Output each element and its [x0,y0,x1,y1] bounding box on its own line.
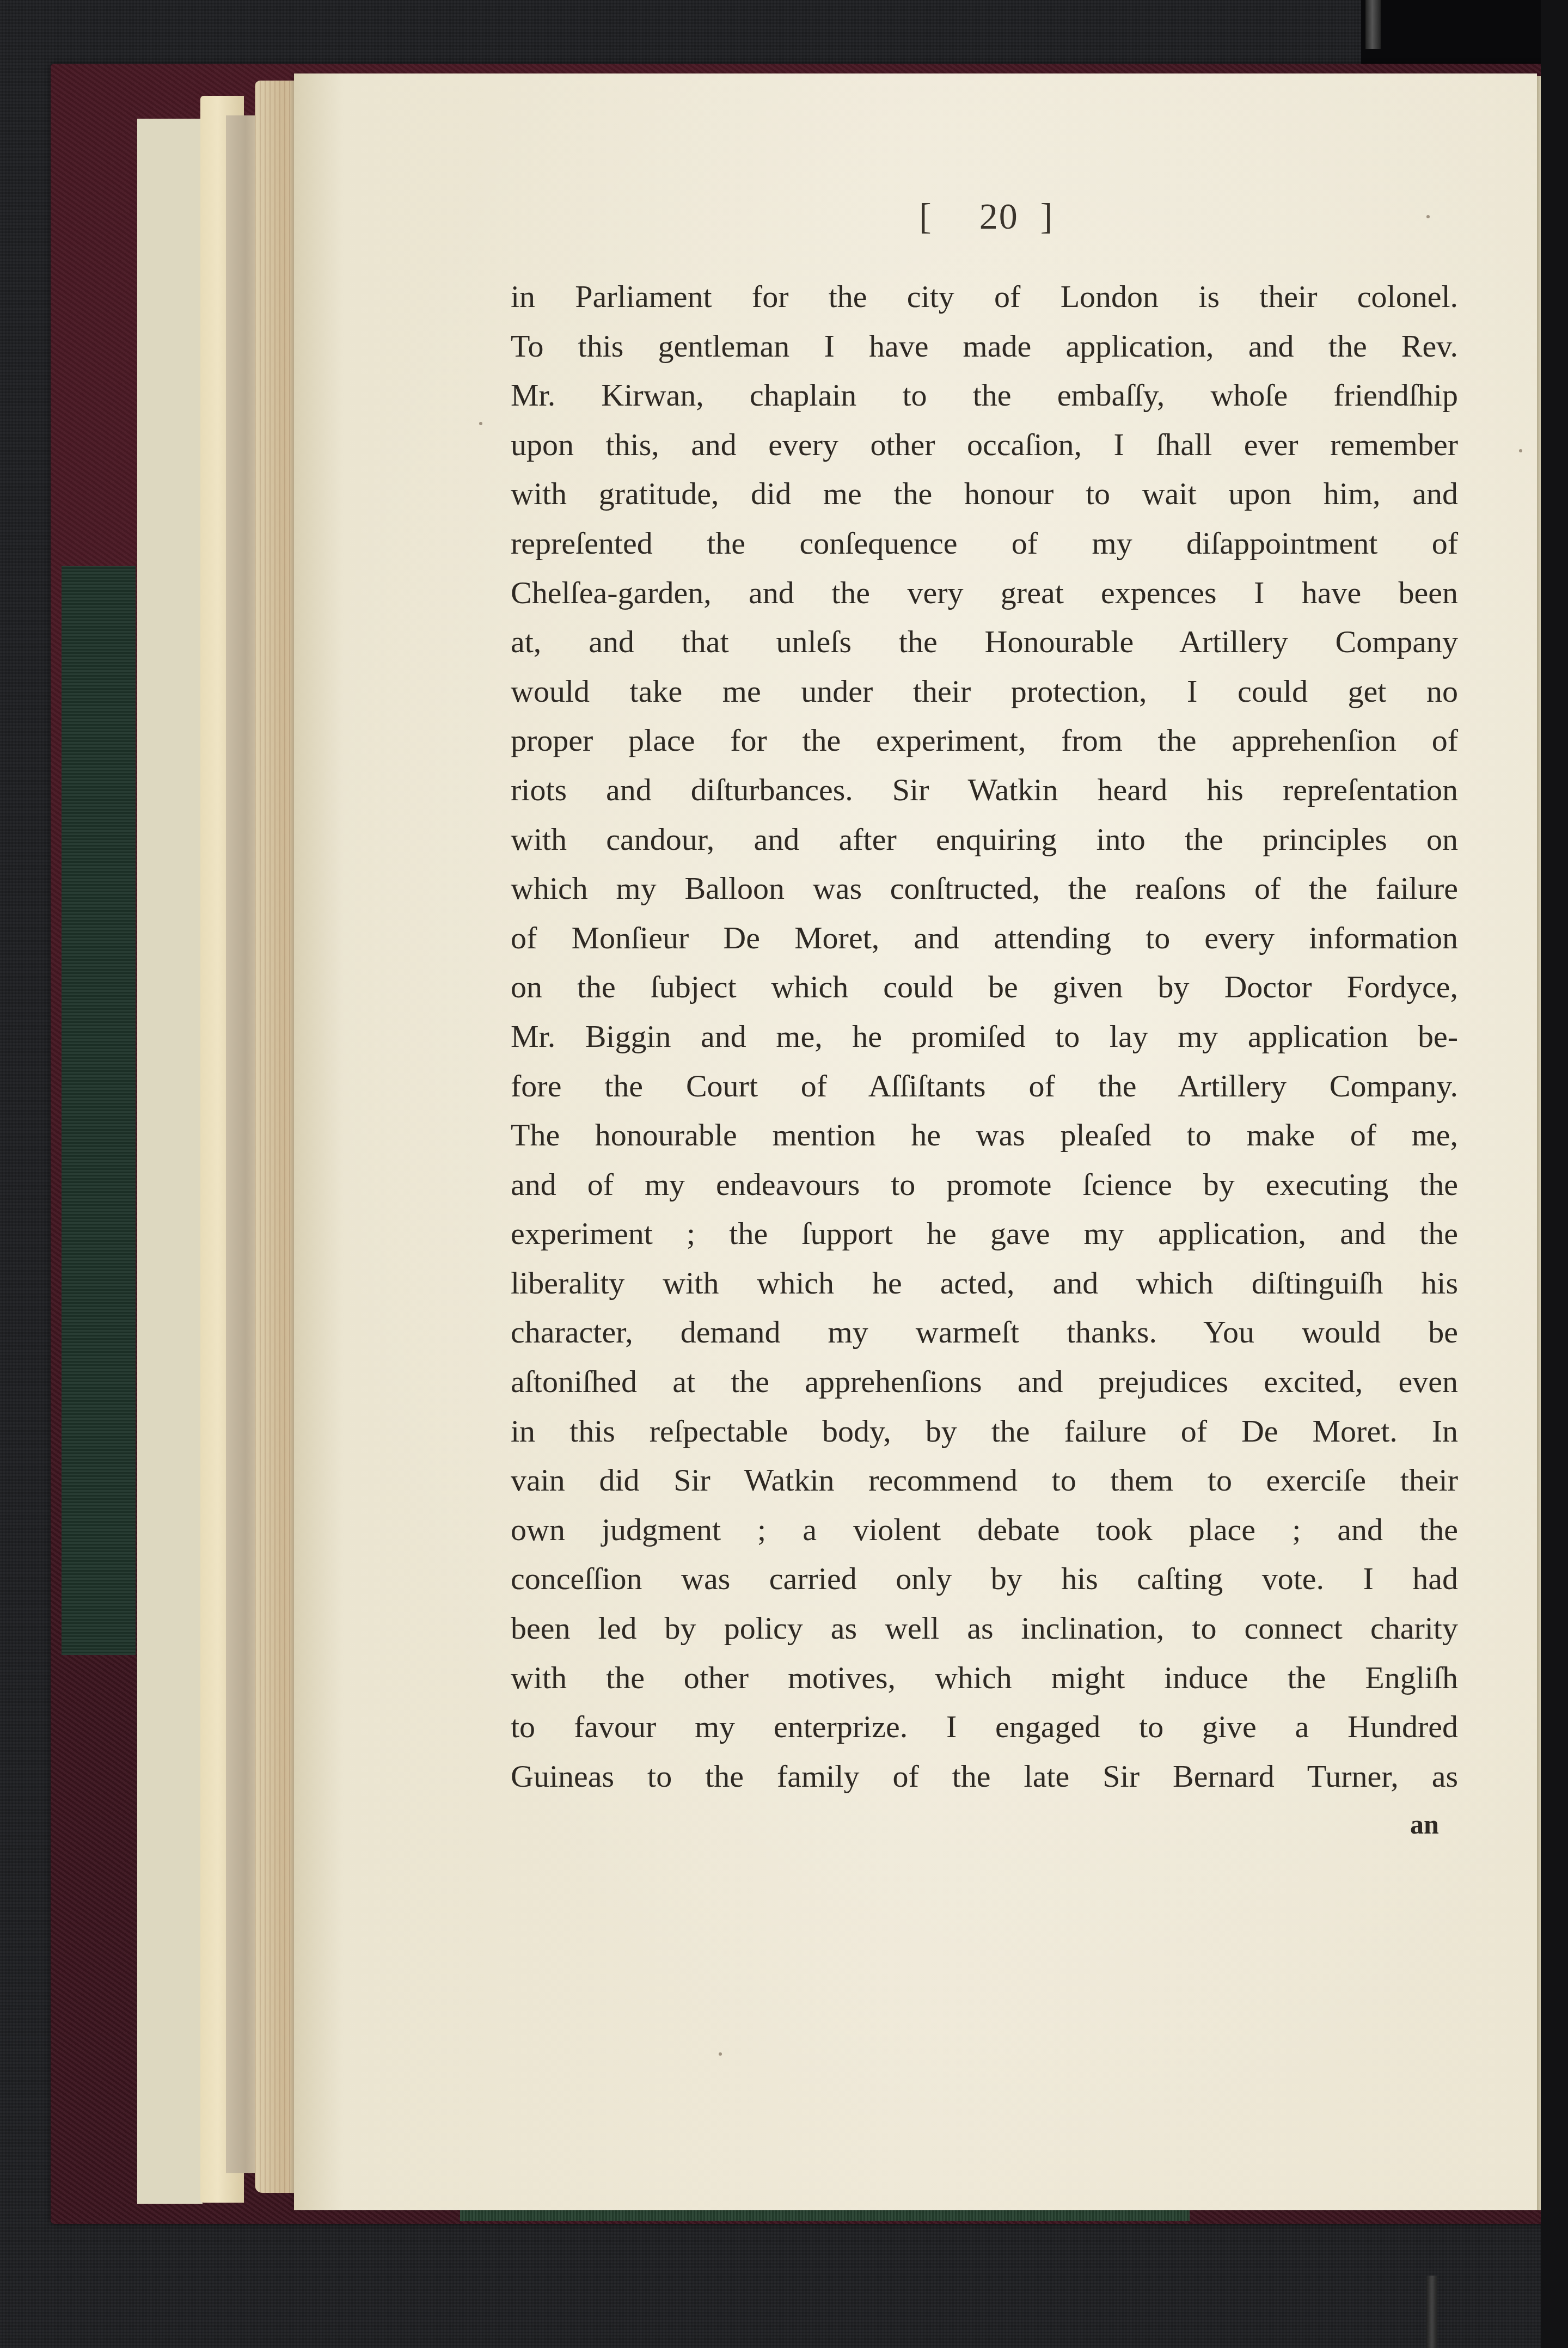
text-line: own judgment ; a violent debate took pla… [511,1505,1458,1555]
text-line: conceſſion was carried only by his caſti… [511,1554,1458,1604]
scanner-rod-bottom [1426,2276,1437,2348]
text-line: on the ſubject which could be given by D… [511,963,1458,1012]
text-line: repreſented the conſequence of my diſapp… [511,519,1458,568]
text-line: vain did Sir Watkin recommend to them to… [511,1456,1458,1505]
catchword: an [1410,1808,1439,1840]
text-line: with the other motives, which might indu… [511,1653,1458,1703]
text-line: character, demand my warmeſt thanks. You… [511,1308,1458,1357]
text-line: aſtoniſhed at the apprehenſions and prej… [511,1357,1458,1407]
scanner-background-right [1541,0,1568,2348]
text-line: in this reſpectable body, by the failure… [511,1407,1458,1456]
text-line: would take me under their protection, I … [511,667,1458,716]
text-line: of Monſieur De Moret, and attending to e… [511,914,1458,963]
body-text: in Parliament for the city of London is … [511,272,1458,1801]
close-bracket: ] [1040,195,1079,237]
text-line: To this gentleman I have made applicatio… [511,322,1458,371]
text-line: experiment ; the ſupport he gave my appl… [511,1209,1458,1259]
page-number: 20 [979,195,1019,237]
text-line: fore the Court of Aſſiſtants of the Arti… [511,1062,1458,1111]
text-line: upon this, and every other occaſion, I ſ… [511,420,1458,470]
text-line: riots and diſturbances. Sir Watkin heard… [511,765,1458,815]
green-cloth-spine-strip [62,566,136,1655]
endpaper [137,119,203,2204]
text-line: proper place for the experiment, from th… [511,716,1458,765]
ink-speck [719,2052,722,2056]
text-line: Mr. Biggin and me, he promiſed to lay my… [511,1012,1458,1062]
ink-speck [479,422,482,425]
ink-speck [1519,449,1522,452]
text-line: been led by policy as well as inclinatio… [511,1604,1458,1653]
text-line: which my Balloon was conſtructed, the re… [511,864,1458,914]
text-line: with candour, and after enquiring into t… [511,815,1458,865]
text-line: to favour my enterprize. I engaged to gi… [511,1702,1458,1752]
page-stack-edge-shadow [226,115,259,2173]
page-number-header: [20] [919,195,1079,238]
text-line: Mr. Kirwan, chaplain to the embaſſy, who… [511,371,1458,420]
text-line: The honourable mention he was pleaſed to… [511,1111,1458,1160]
ink-speck [1426,215,1430,218]
text-line: Guineas to the family of the late Sir Be… [511,1752,1458,1801]
scanner-background-top [1361,0,1568,73]
text-line: in Parliament for the city of London is … [511,272,1458,322]
open-bracket: [ [919,195,958,237]
text-line: and of my endeavours to promote ſcience … [511,1160,1458,1210]
scanner-rod [1365,0,1381,49]
text-line: Chelſea-garden, and the very great expen… [511,568,1458,618]
text-line: with gratitude, did me the honour to wai… [511,469,1458,519]
text-line: at, and that unleſs the Honourable Artil… [511,617,1458,667]
text-line: liberality with which he acted, and whic… [511,1259,1458,1308]
